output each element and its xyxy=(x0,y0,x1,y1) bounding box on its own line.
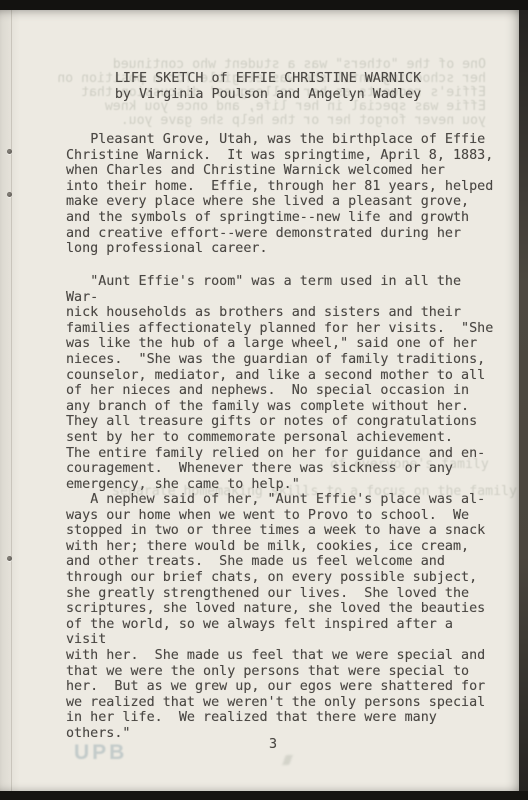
staple-hole xyxy=(7,556,12,561)
staple-hole xyxy=(7,149,12,154)
scanned-document-page: One of the "others" was a student who co… xyxy=(0,10,519,791)
paragraph-aunt-effies-room: "Aunt Effie's room" was a term used in a… xyxy=(66,274,498,492)
showthrough-line: you never forgot her or the help she gav… xyxy=(50,113,486,128)
page-number: 3 xyxy=(66,737,480,753)
paragraph-birthplace: Pleasant Grove, Utah, was the birthplace… xyxy=(66,132,498,257)
document-title-byline: by Virginia Poulson and Angelyn Wadley xyxy=(66,87,470,103)
showthrough-line: One of the "others" was a student who co… xyxy=(50,57,486,72)
document-title-line1: LIFE SKETCH of EFFIE CHRISTINE WARNICK xyxy=(66,71,470,87)
binding-crease xyxy=(11,10,12,791)
staple-hole xyxy=(7,192,12,197)
paragraph-nephew-quote: A nephew said of her, "Aunt Effie's plac… xyxy=(66,492,498,742)
scan-border-right xyxy=(519,10,528,791)
scan-border-bottom xyxy=(0,791,528,800)
scan-border-top xyxy=(0,0,528,10)
showthrough-page-number-mark xyxy=(282,755,293,765)
